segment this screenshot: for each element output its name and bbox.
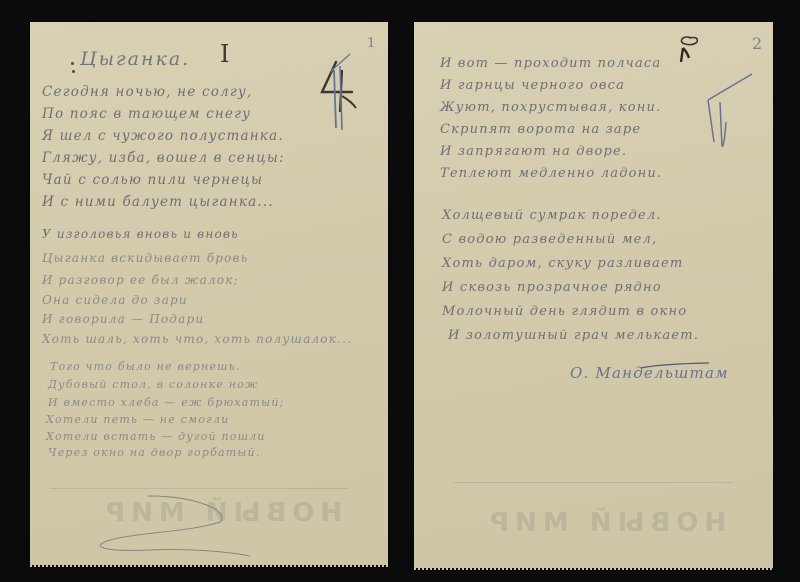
poem-line: Хотели петь — не смогли [46,413,229,426]
poem-line: Цыганка вскидывает бровь [42,251,248,265]
poem-line: Жуют, похрустывая, кони. [440,100,661,115]
poem-line: По пояс в тающем снегу [42,106,251,122]
poem-line: У изголовья вновь и вновь [42,227,239,241]
poem-line: Того что было не вернешь. [50,360,241,373]
poem-line: И с ними балует цыганка... [42,194,274,210]
pencil-scribble-mark [80,492,260,552]
poem-line: Дубовый стол, в солонке нож [48,378,259,391]
poem-line: И золотушный грач мелькает. [448,328,699,343]
page-number: 1 [367,36,376,51]
letterhead-rule [50,488,348,489]
page-number: 2 [752,34,763,53]
ink-numeral-mark [669,32,709,72]
manuscript-page-right: 2 И вот — проходит полчаса И гарнцы черн… [414,22,773,568]
poem-line: Сегодня ночью, не солгу, [42,84,252,100]
poem-title: Цыганка. [80,48,190,70]
blue-pencil-mark [704,62,774,162]
letterhead-small-print: · · · · · · · · · · · · · · · · · · · · … [454,542,599,550]
ink-blot [71,62,74,65]
ink-blot [72,70,75,73]
poem-line: И вот — проходит полчаса [440,56,661,71]
poem-line: И вместо хлеба — еж брюхатый; [48,396,285,409]
poem-line: Холщевый сумрак поредел. [442,208,662,223]
letterhead-stamp: НОВЫЙ МИР [484,508,726,538]
poem-line: Гляжу, изба, вошел в сенцы: [42,150,285,166]
poem-line: И запрягают на дворе. [440,144,627,159]
poem-line: Молочный день глядит в окно [442,304,687,319]
poem-line: Хотели встать — дугой пошли [46,430,266,443]
title-section-mark: I [220,40,231,68]
poem-line: И разговор ее был жалок; [42,273,239,287]
poem-line: Хоть даром, скуку разливает [442,256,683,271]
poem-line: С водою разведенный мел, [442,232,657,247]
letterhead-rule [454,482,733,483]
ink-number-four-mark [300,50,380,130]
poem-line: Теплеют медленно ладони. [440,166,662,181]
poem-line: Я шел с чужого полустанка. [42,128,284,144]
poem-line: Она сидела до зари [42,293,188,307]
poem-line: Через окно на двор горбатый. [48,446,261,459]
poem-line: Чай с солью пили чернецы [42,172,263,188]
poem-line: И говорила — Подари [42,312,204,326]
signature-flourish [639,362,719,372]
poem-line: И сквозь прозрачное рядно [442,280,662,295]
poem-line: И гарнцы черного овса [440,78,625,93]
manuscript-page-left: 1 Цыганка. I Сегодня ночью, не солгу, По… [30,22,388,565]
poem-line: Хоть шаль, хоть что, хоть полушалок... [42,332,352,346]
poem-line: Скрипят ворота на заре [440,122,641,137]
